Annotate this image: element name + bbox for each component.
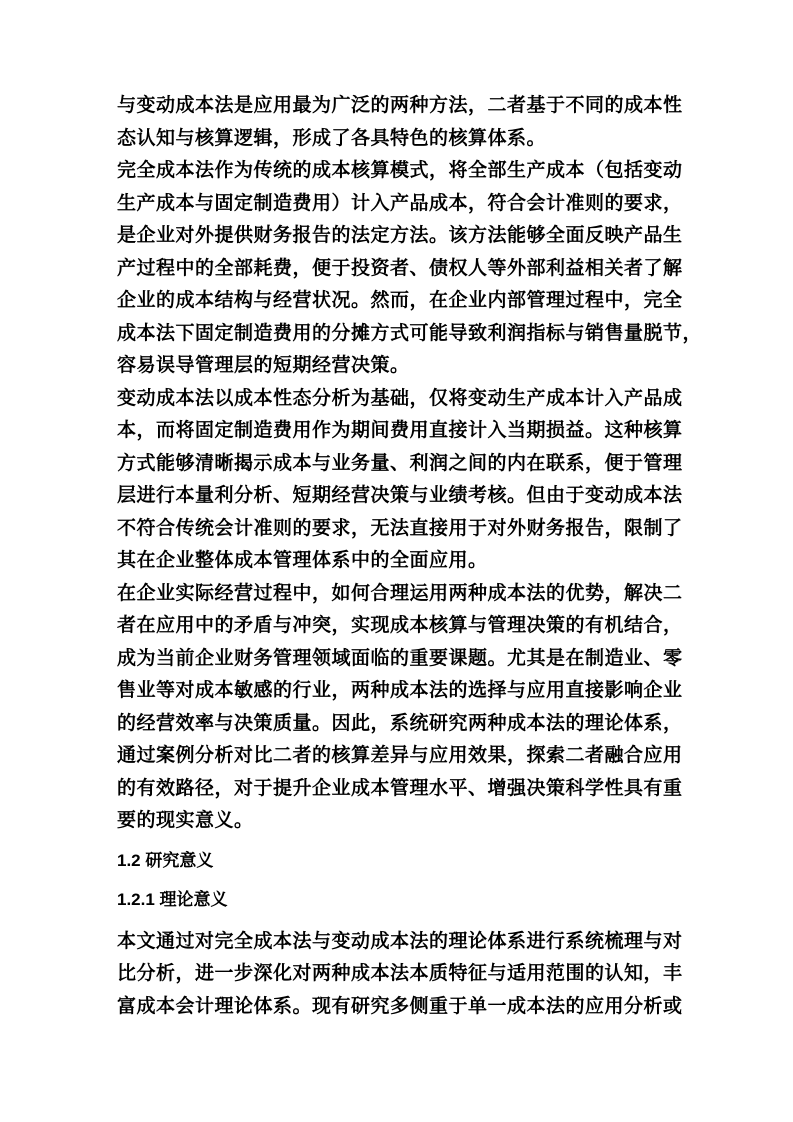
paragraph-cost-methods-intro: 与变动成本法是应用最为广泛的两种方法，二者基于不同的成本性 态认知与核算逻辑，形…: [117, 90, 677, 155]
text-line: 产过程中的全部耗费，便于投资者、债权人等外部利益相关者了解: [117, 253, 677, 286]
text-line: 与变动成本法是应用最为广泛的两种方法，二者基于不同的成本性: [117, 90, 677, 123]
text-line: 成本法下固定制造费用的分摊方式可能导致利润指标与销售量脱节，: [117, 318, 677, 351]
paragraph-full-costing: 完全成本法作为传统的成本核算模式，将全部生产成本（包括变动 生产成本与固定制造费…: [117, 155, 677, 383]
text-line: 层进行本量利分析、短期经营决策与业绩考核。但由于变动成本法: [117, 480, 677, 513]
text-line: 比分析，进一步深化对两种成本法本质特征与适用范围的认知，丰: [117, 958, 677, 991]
text-line: 变动成本法以成本性态分析为基础，仅将变动生产成本计入产品成: [117, 383, 677, 416]
text-line: 本，而将固定制造费用作为期间费用直接计入当期损益。这种核算: [117, 415, 677, 448]
section-heading-research-significance: 1.2 研究意义: [117, 849, 677, 873]
subsection-heading-theoretical-significance: 1.2.1 理论意义: [117, 888, 677, 912]
text-line: 本文通过对完全成本法与变动成本法的理论体系进行系统梳理与对: [117, 926, 677, 959]
text-line: 售业等对成本敏感的行业，两种成本法的选择与应用直接影响企业: [117, 675, 677, 708]
text-line: 在企业实际经营过程中，如何合理运用两种成本法的优势，解决二: [117, 578, 677, 611]
paragraph-theoretical-significance: 本文通过对完全成本法与变动成本法的理论体系进行系统梳理与对 比分析，进一步深化对…: [117, 926, 677, 1024]
text-line: 要的现实意义。: [117, 805, 677, 838]
text-line: 富成本会计理论体系。现有研究多侧重于单一成本法的应用分析或: [117, 991, 677, 1024]
document-page: 与变动成本法是应用最为广泛的两种方法，二者基于不同的成本性 态认知与核算逻辑，形…: [0, 0, 793, 1122]
text-line: 容易误导管理层的短期经营决策。: [117, 350, 677, 383]
text-line: 成为当前企业财务管理领域面临的重要课题。尤其是在制造业、零: [117, 643, 677, 676]
paragraph-practical-context: 在企业实际经营过程中，如何合理运用两种成本法的优势，解决二 者在应用中的矛盾与冲…: [117, 578, 677, 838]
text-line: 企业的成本结构与经营状况。然而，在企业内部管理过程中，完全: [117, 285, 677, 318]
text-line: 其在企业整体成本管理体系中的全面应用。: [117, 545, 677, 578]
text-line: 者在应用中的矛盾与冲突，实现成本核算与管理决策的有机结合，: [117, 610, 677, 643]
text-line: 的经营效率与决策质量。因此，系统研究两种成本法的理论体系，: [117, 708, 677, 741]
text-line: 完全成本法作为传统的成本核算模式，将全部生产成本（包括变动: [117, 155, 677, 188]
text-line: 态认知与核算逻辑，形成了各具特色的核算体系。: [117, 123, 677, 156]
text-line: 是企业对外提供财务报告的法定方法。该方法能够全面反映产品生: [117, 220, 677, 253]
text-line: 不符合传统会计准则的要求，无法直接用于对外财务报告，限制了: [117, 513, 677, 546]
text-line: 方式能够清晰揭示成本与业务量、利润之间的内在联系，便于管理: [117, 448, 677, 481]
text-line: 通过案例分析对比二者的核算差异与应用效果，探索二者融合应用: [117, 740, 677, 773]
text-line: 的有效路径，对于提升企业成本管理水平、增强决策科学性具有重: [117, 773, 677, 806]
document-content: 与变动成本法是应用最为广泛的两种方法，二者基于不同的成本性 态认知与核算逻辑，形…: [117, 90, 677, 1023]
paragraph-variable-costing: 变动成本法以成本性态分析为基础，仅将变动生产成本计入产品成 本，而将固定制造费用…: [117, 383, 677, 578]
text-line: 生产成本与固定制造费用）计入产品成本，符合会计准则的要求，: [117, 188, 677, 221]
